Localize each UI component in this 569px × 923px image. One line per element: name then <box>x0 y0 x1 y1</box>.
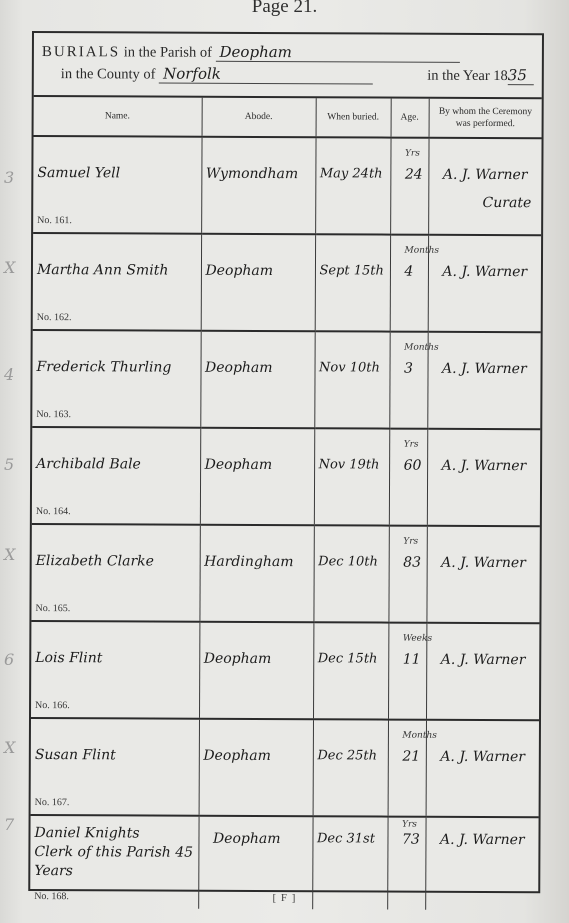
age-unit: Yrs <box>402 820 417 830</box>
abode: Deopham <box>213 831 310 847</box>
entry-number: No. 164. <box>36 506 71 517</box>
burial-date: Dec 15th <box>318 651 386 666</box>
age-cell: Yrs60 <box>389 429 427 526</box>
title-line-county: in the County of Norfolk <box>61 64 373 84</box>
parish-label: in the Parish of <box>124 44 212 60</box>
entry-number: No. 163. <box>36 409 71 420</box>
margin-mark: X <box>4 545 15 564</box>
abode: Deopham <box>205 360 312 376</box>
abode: Deopham <box>204 651 311 667</box>
abode-cell: Hardingham <box>199 525 313 622</box>
officiant: A. J. Warner <box>440 749 537 765</box>
title-burials: BURIALS <box>42 44 120 60</box>
margin-mark: 3 <box>4 168 14 187</box>
margin-mark: 4 <box>4 365 14 384</box>
entry-number: No. 161. <box>37 215 72 226</box>
officiant-cell: A. J. Warner <box>426 623 539 720</box>
date-cell: Sept 15th <box>315 234 390 331</box>
name-cell: Lois FlintNo. 166. <box>31 621 199 719</box>
abode-cell: Deopham <box>201 234 315 331</box>
table-row: Frederick ThurlingNo. 163. Deopham Nov 1… <box>32 330 540 429</box>
header-age: Age. <box>391 99 429 138</box>
age: 3 <box>404 361 413 377</box>
age-cell: Weeks11 <box>388 623 426 720</box>
date-cell: Dec 25th <box>313 719 388 816</box>
age-unit: Yrs <box>403 537 418 547</box>
abode: Deopham <box>205 263 312 279</box>
table-row: Samuel YellNo. 161. Wymondham May 24th Y… <box>33 136 541 235</box>
burial-date: Dec 31st <box>317 831 385 846</box>
abode-cell: Deopham <box>200 428 314 525</box>
age-cell: Months3 <box>389 332 427 429</box>
header-officiant: By whom the Ceremony was performed. <box>429 99 542 138</box>
margin-mark: X <box>4 258 15 277</box>
age: 11 <box>403 652 421 668</box>
officiant-cell: A. J. WarnerCurate <box>428 138 541 235</box>
date-cell: Nov 19th <box>314 428 389 525</box>
table-row: Lois FlintNo. 166. Deopham Dec 15th Week… <box>31 621 539 720</box>
margin-mark: 7 <box>4 815 14 834</box>
age-cell: Months21 <box>388 720 426 817</box>
table-header: Name. Abode. When buried. Age. By whom t… <box>34 97 542 138</box>
age-cell: Yrs24 <box>390 138 428 235</box>
table-row: Susan FlintNo. 167. Deopham Dec 25th Mon… <box>31 718 539 817</box>
age-unit: Yrs <box>405 149 420 159</box>
officiant: A. J. Warner <box>442 264 539 280</box>
burial-date: Sept 15th <box>319 263 387 278</box>
name-cell: Martha Ann SmithNo. 162. <box>33 233 201 331</box>
deceased-name: Elizabeth Clarke <box>36 553 198 570</box>
age: 24 <box>405 167 423 183</box>
officiant: A. J. Warner <box>441 652 538 668</box>
officiant-cell: A. J. Warner <box>427 429 540 526</box>
officiant: A. J. Warner <box>441 555 538 571</box>
register-title-block: BURIALS in the Parish of Deopham in the … <box>34 33 542 99</box>
name-cell: Frederick ThurlingNo. 163. <box>32 330 200 428</box>
entry-number: No. 162. <box>37 312 72 323</box>
date-cell: Nov 10th <box>314 331 389 428</box>
county-value: Norfolk <box>159 65 373 85</box>
county-label: in the County of <box>61 66 156 82</box>
age-unit: Yrs <box>404 440 419 450</box>
signature-mark: [ F ] <box>0 892 569 904</box>
year-value: 35 <box>508 66 534 85</box>
deceased-name-block: Daniel KnightsClerk of this Parish 45 Ye… <box>34 824 196 882</box>
parish-value: Deopham <box>216 43 460 63</box>
name-cell: Archibald BaleNo. 164. <box>32 427 200 525</box>
burial-date: Nov 19th <box>319 457 387 472</box>
name-cell: Elizabeth ClarkeNo. 165. <box>31 524 199 622</box>
officiant-cell: A. J. Warner <box>426 720 539 817</box>
table-row: Martha Ann SmithNo. 162. Deopham Sept 15… <box>33 233 541 332</box>
officiant: A. J. Warner <box>442 361 539 377</box>
officiant: A. J. Warner <box>440 832 537 848</box>
age: 4 <box>404 264 413 280</box>
abode-cell: Wymondham <box>201 137 315 234</box>
date-cell: May 24th <box>315 137 390 234</box>
burial-date: Dec 25th <box>317 748 385 763</box>
table-row: Archibald BaleNo. 164. Deopham Nov 19th … <box>32 427 540 526</box>
age: 83 <box>403 555 421 571</box>
burial-register: BURIALS in the Parish of Deopham in the … <box>28 31 544 893</box>
age: 73 <box>402 832 420 848</box>
year-label: in the Year 18 <box>427 68 508 84</box>
name-cell: Samuel YellNo. 161. <box>33 136 201 234</box>
margin-mark: 5 <box>4 455 14 474</box>
title-line-parish: BURIALS in the Parish of Deopham <box>42 42 460 63</box>
abode: Wymondham <box>206 166 313 182</box>
burial-date: May 24th <box>320 166 388 181</box>
burials-table: Name. Abode. When buried. Age. By whom t… <box>30 97 542 910</box>
abode-cell: Deopham <box>199 719 313 816</box>
name-note: Clerk of this Parish 45 Years <box>34 844 193 879</box>
date-cell: Dec 10th <box>313 525 388 622</box>
officiant-cell: A. J. Warner <box>426 526 539 623</box>
abode-cell: Deopham <box>199 622 313 719</box>
officiant: A. J. Warner <box>443 167 540 183</box>
burial-date: Nov 10th <box>319 360 387 375</box>
age-cell: Months4 <box>390 235 428 332</box>
age-cell: Yrs83 <box>388 526 426 623</box>
deceased-name: Samuel Yell <box>37 165 199 182</box>
name-cell: Susan FlintNo. 167. <box>31 718 199 816</box>
deceased-name: Archibald Bale <box>36 456 198 473</box>
abode: Hardingham <box>204 554 311 570</box>
date-cell: Dec 15th <box>313 622 388 719</box>
title-year: in the Year 1835 <box>427 66 534 85</box>
deceased-name: Martha Ann Smith <box>37 262 199 279</box>
deceased-name: Lois Flint <box>35 650 197 667</box>
officiant: A. J. Warner <box>442 458 539 474</box>
deceased-name: Frederick Thurling <box>36 359 198 376</box>
margin-mark: 6 <box>4 650 14 669</box>
abode: Deopham <box>203 748 310 764</box>
entry-number: No. 166. <box>35 700 70 711</box>
deceased-name: Susan Flint <box>35 747 197 764</box>
age: 21 <box>402 749 420 765</box>
header-abode: Abode. <box>202 98 316 137</box>
entry-number: No. 165. <box>35 603 70 614</box>
header-name: Name. <box>34 97 202 137</box>
officiant-cell: A. J. Warner <box>428 235 541 332</box>
age: 60 <box>404 458 422 474</box>
margin-mark: X <box>4 738 15 757</box>
burial-date: Dec 10th <box>318 554 386 569</box>
deceased-name: Daniel Knights <box>34 825 139 841</box>
officiant-title: Curate <box>483 195 532 211</box>
abode-cell: Deopham <box>200 331 314 428</box>
header-when-buried: When buried. <box>316 98 391 137</box>
abode: Deopham <box>205 457 312 473</box>
page-heading: Page 21. <box>0 0 569 18</box>
entry-number: No. 167. <box>35 797 70 808</box>
table-row: Elizabeth ClarkeNo. 165. Hardingham Dec … <box>31 524 539 623</box>
officiant-cell: A. J. Warner <box>427 332 540 429</box>
